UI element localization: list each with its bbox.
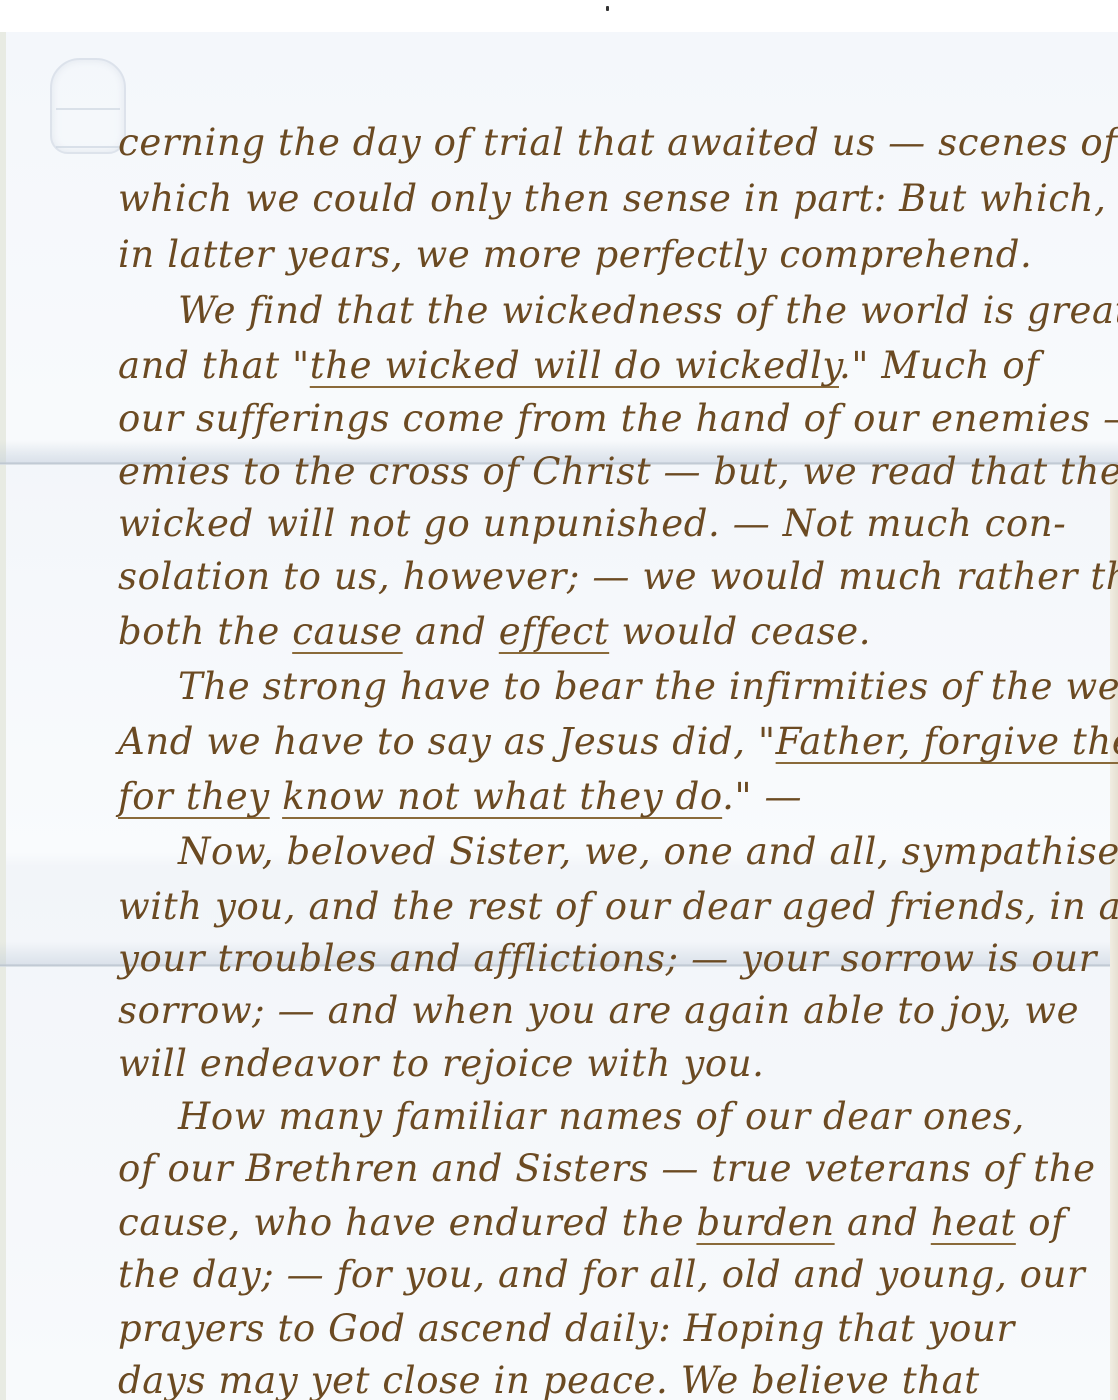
underlined-word: effect: [499, 610, 609, 653]
underlined-quote: the wicked will do wickedly: [310, 344, 839, 387]
line-text: the day; — for you, and for all, old and…: [118, 1253, 1085, 1296]
line-text: both the: [118, 610, 292, 653]
top-margin: [0, 0, 1118, 32]
letter-line: which we could only then sense in part: …: [118, 180, 1106, 217]
underlined-quote: Father, forgive them,: [776, 720, 1118, 763]
letter-line: in latter years, we more perfectly compr…: [118, 236, 1032, 273]
line-text: with you, and the rest of our dear aged …: [118, 885, 1118, 928]
line-text: prayers to God ascend daily: Hoping that…: [118, 1307, 1015, 1350]
letter-line: both the cause and effect would cease.: [118, 613, 871, 650]
line-text: cause, who have endured the: [118, 1201, 696, 1244]
line-text: would cease.: [609, 610, 871, 653]
letter-line: days may yet close in peace. We believe …: [118, 1362, 980, 1399]
letter-line: for they know not what they do." —: [118, 778, 802, 815]
underlined-quote: know not what they do: [282, 775, 722, 818]
letter-line: cause, who have endured the burden and h…: [118, 1204, 1065, 1241]
line-text: will endeavor to rejoice with you.: [118, 1042, 765, 1085]
line-text: The strong have to bear the infirmities …: [178, 665, 1118, 708]
letter-line: sorrow; — and when you are again able to…: [118, 992, 1079, 1029]
letter-line: emies to the cross of Christ — but, we r…: [118, 453, 1118, 490]
letter-line: the day; — for you, and for all, old and…: [118, 1256, 1085, 1293]
letter-line: solation to us, however; — we would much…: [118, 558, 1118, 595]
letter-line: with you, and the rest of our dear aged …: [118, 888, 1118, 925]
line-text: of our Brethren and Sisters — true veter…: [118, 1147, 1096, 1190]
line-text: in latter years, we more perfectly compr…: [118, 233, 1032, 276]
line-text: which we could only then sense in part: …: [118, 177, 1106, 220]
line-text: Now, beloved Sister, we, one and all, sy…: [178, 830, 1118, 873]
letter-line: and that "the wicked will do wickedly." …: [118, 347, 1040, 384]
underlined-word: burden: [696, 1201, 834, 1244]
line-text: and that ": [118, 344, 310, 387]
letter-line: your troubles and afflictions; — your so…: [118, 940, 1097, 977]
line-text: [270, 775, 282, 818]
underlined-word: heat: [931, 1201, 1016, 1244]
letter-line: of our Brethren and Sisters — true veter…: [118, 1150, 1096, 1187]
line-text: your troubles and afflictions; — your so…: [118, 937, 1097, 980]
letter-line: prayers to God ascend daily: Hoping that…: [118, 1310, 1015, 1347]
embossed-stamp-line: [56, 108, 120, 110]
letter-line: We find that the wickedness of the world…: [178, 292, 1118, 329]
line-text: and: [835, 1201, 931, 1244]
line-text: of: [1016, 1201, 1066, 1244]
paper-edge: [1110, 470, 1118, 1400]
letter-line: cerning the day of trial that awaited us…: [118, 124, 1118, 161]
underlined-word: cause: [292, 610, 403, 653]
line-text: solation to us, however; — we would much…: [118, 555, 1118, 598]
line-text: ." —: [722, 775, 802, 818]
line-text: days may yet close in peace. We believe …: [118, 1359, 980, 1400]
line-text: How many familiar names of our dear ones…: [178, 1095, 1025, 1138]
letter-line: The strong have to bear the infirmities …: [178, 668, 1118, 705]
line-text: cerning the day of trial that awaited us…: [118, 121, 1118, 164]
line-text: and: [403, 610, 499, 653]
line-text: emies to the cross of Christ — but, we r…: [118, 450, 1118, 493]
letter-line: And we have to say as Jesus did, "Father…: [118, 723, 1118, 760]
letter-line: will endeavor to rejoice with you.: [118, 1045, 765, 1082]
letter-line: our sufferings come from the hand of our…: [118, 400, 1118, 437]
embossed-stamp-icon: [50, 58, 126, 154]
letter-line: wicked will not go unpunished. — Not muc…: [118, 505, 1066, 542]
line-text: We find that the wickedness of the world…: [178, 289, 1118, 332]
letter-line: Now, beloved Sister, we, one and all, sy…: [178, 833, 1118, 870]
underlined-quote: for they: [118, 775, 270, 818]
ink-speck: [606, 6, 609, 11]
line-text: our sufferings come from the hand of our…: [118, 397, 1118, 440]
embossed-stamp-line: [56, 146, 120, 148]
line-text: And we have to say as Jesus did, ": [118, 720, 776, 763]
line-text: wicked will not go unpunished. — Not muc…: [118, 502, 1066, 545]
line-text: ." Much of: [839, 344, 1040, 387]
letter-line: How many familiar names of our dear ones…: [178, 1098, 1025, 1135]
line-text: sorrow; — and when you are again able to…: [118, 989, 1079, 1032]
